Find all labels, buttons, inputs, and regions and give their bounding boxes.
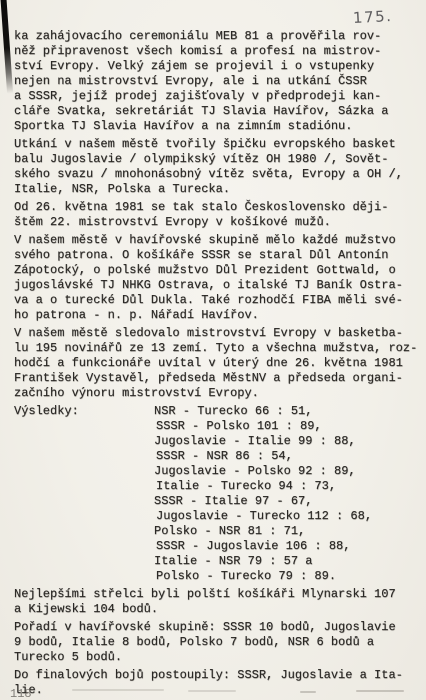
result-text: SSSR - Jugoslavie 106 : 88, (156, 539, 350, 553)
result-text: Italie - NSR 79 : 57 a (154, 554, 312, 568)
text-line: V našem městě sledovalo mistrovství Evro… (14, 326, 416, 341)
result-line: Jugoslavie - Polsko 92 : 89, (14, 464, 416, 479)
page-body: ka zahájovacího ceremoniálu MEB 81 a pro… (14, 29, 416, 698)
text-line: Do finalových bojů postoupily: SSSR, Jug… (14, 668, 416, 683)
result-line: Výsledky:NSR - Turecko 66 : 51, (14, 404, 416, 419)
text-line: a SSSR, jejíž prodej zajišťovaly v předp… (14, 89, 416, 104)
result-line: Italie - Turecko 94 : 73, (14, 479, 416, 494)
result-text: NSR - Turecko 66 : 51, (154, 404, 312, 418)
result-text: Jugoslavie - Turecko 112 : 68, (156, 509, 372, 523)
result-line: Jugoslavie - Turecko 112 : 68, (14, 509, 416, 524)
results-label: Výsledky: (14, 404, 79, 419)
result-text: SSSR - Italie 97 - 67, (154, 494, 312, 508)
result-line: SSSR - Polsko 101 : 89, (14, 419, 416, 434)
text-line: začního výnoru mistrovství Evropy. (14, 386, 416, 401)
text-line: Nejlepšími střelci byli polští košíkáři … (14, 587, 416, 602)
text-line: jugoslávské TJ NHKG Ostrava, o italské T… (14, 278, 416, 293)
text-line: a Kijewski 104 bodů. (14, 602, 416, 617)
text-line: hodčí a funkcionáře uvítal v úterý dne 2… (14, 356, 416, 371)
result-text: Jugoslavie - Polsko 92 : 89, (154, 464, 356, 478)
text-line: V našem městě v havířovské skupině mělo … (14, 233, 416, 248)
text-line: Utkání v našem městě tvořily špičku evro… (14, 137, 416, 152)
result-text: SSSR - NSR 86 : 54, (156, 449, 293, 463)
text-line: ho patrona - n. p. Nářadí Havířov. (14, 308, 416, 323)
text-line: va a o turecké Důl Dukla. Také rozhodčí … (14, 293, 416, 308)
scan-artifact-bottom (72, 689, 164, 691)
scan-artifact-bottom (188, 690, 236, 692)
text-line: cláře Svatka, sekretáriát TJ Slavia Haví… (14, 104, 416, 119)
text-line: Turecko 5 bodů. (14, 650, 416, 665)
text-line: Od 26. května 1981 se tak stalo Českoslo… (14, 200, 416, 215)
result-text: Jugoslavie - Italie 99 : 88, (154, 434, 356, 448)
scanned-page: 175. ka zahájovacího ceremoniálu MEB 81 … (0, 0, 426, 700)
text-line: Italie, NSR, Polska a Turecka. (14, 182, 416, 197)
text-line: Zápotocký, o polské mužstvo Důl Preziden… (14, 263, 416, 278)
result-text: SSSR - Polsko 101 : 89, (156, 419, 322, 433)
footer-page-fragment: 118 (10, 687, 32, 700)
result-line: SSSR - Jugoslavie 106 : 88, (14, 539, 416, 554)
scan-artifact-bottom (300, 691, 316, 693)
text-line: ského svazu / mnohonásobný vítěz světa, … (14, 167, 416, 182)
result-line: Polsko - NSR 81 : 71, (14, 524, 416, 539)
text-line: nejen na mistrovství Evropy, ale i na ut… (14, 74, 416, 89)
text-line: něž připravenost všech komisí a profesí … (14, 44, 416, 59)
text-line: Sportka TJ Slavia Havířov a na zimním st… (14, 119, 416, 134)
result-text: Polsko - Turecko 79 : 89. (156, 569, 336, 583)
text-line: Pořadí v havířovské skupině: SSSR 10 bod… (14, 620, 416, 635)
scan-artifact-corner (0, 0, 13, 94)
result-text: Polsko - NSR 81 : 71, (154, 524, 305, 538)
text-line: 9 bodů, Italie 8 bodů, Polsko 7 bodů, NS… (14, 635, 416, 650)
text-line: svého patrona. O košíkáře SSSR se staral… (14, 248, 416, 263)
text-line: ství Evropy. Velký zájem se projevil i o… (14, 59, 416, 74)
page-number: 175. (352, 7, 392, 27)
text-line: ka zahájovacího ceremoniálu MEB 81 a pro… (14, 29, 416, 44)
scan-artifact-bottom (356, 690, 404, 692)
result-line: Jugoslavie - Italie 99 : 88, (14, 434, 416, 449)
text-line: František Vystavěl, předseda MěstNV a př… (14, 371, 416, 386)
result-line: Italie - NSR 79 : 57 a (14, 554, 416, 569)
text-line: lu 195 novinářů ze 13 zemí. Tyto a všech… (14, 341, 416, 356)
result-line: Polsko - Turecko 79 : 89. (14, 569, 416, 584)
result-line: SSSR - Italie 97 - 67, (14, 494, 416, 509)
text-line: balu Jugoslavie / olympikský vítěz OH 19… (14, 152, 416, 167)
result-line: SSSR - NSR 86 : 54, (14, 449, 416, 464)
text-line: štěm 22. mistrovství Evropy v košíkové m… (14, 215, 416, 230)
result-text: Italie - Turecko 94 : 73, (156, 479, 336, 493)
